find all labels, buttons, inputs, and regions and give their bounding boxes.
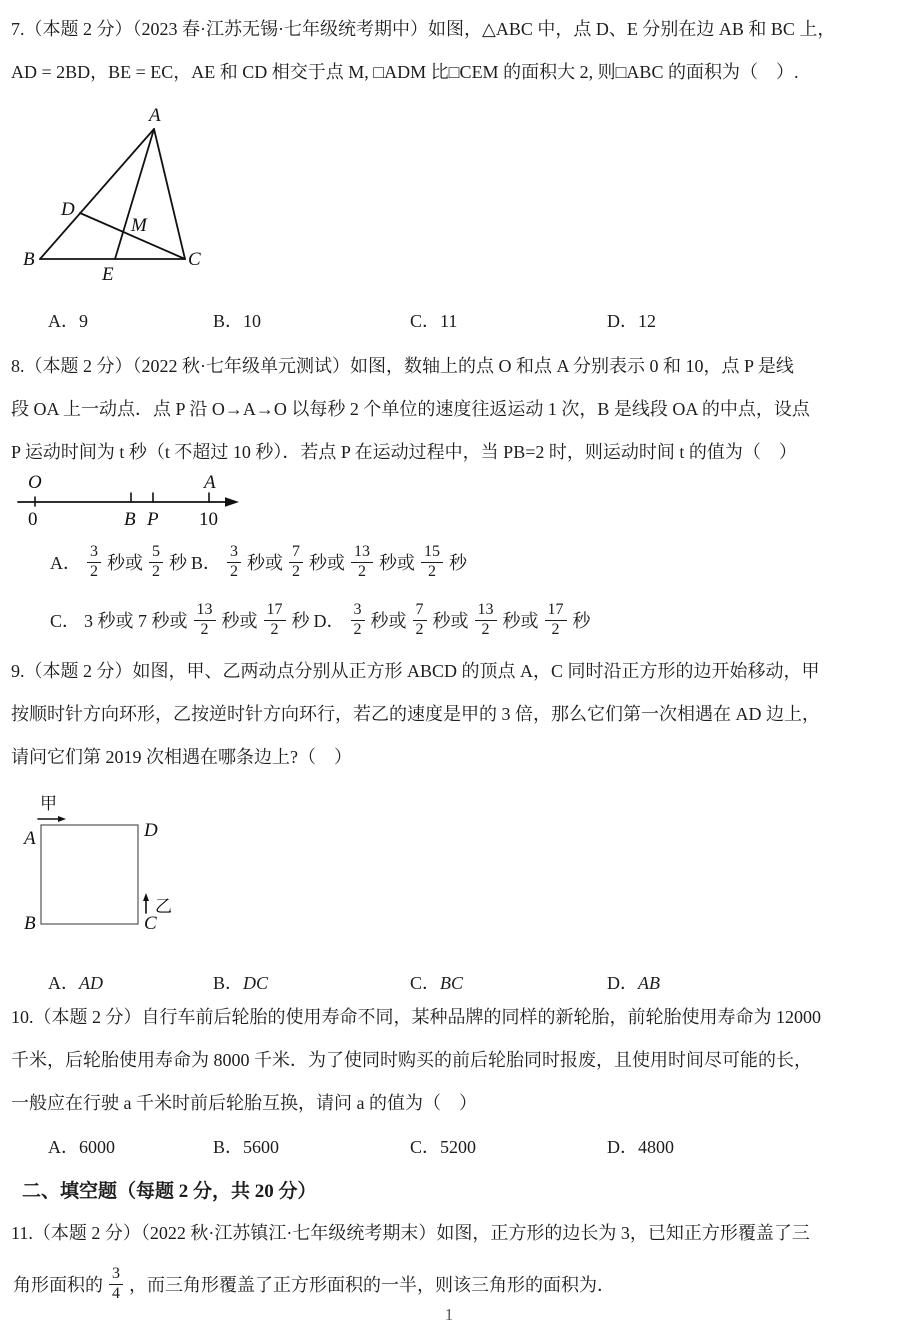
fraction: 72 xyxy=(413,601,427,639)
question-10-line-1: 10.（本题 2 分）自行车前后轮胎的使用寿命不同，某种品牌的同样的新轮胎，前轮… xyxy=(11,996,892,1039)
question-7: 7.（本题 2 分）（2023 春·江苏无锡·七年级统考期中）如图，△ABC 中… xyxy=(11,8,892,94)
q10-option-a: A．6000 xyxy=(48,1126,213,1169)
square-label-jia: 甲 xyxy=(40,794,57,813)
numberline-label-a: A xyxy=(202,472,216,493)
option-letter: D． xyxy=(607,973,638,993)
option-text: 秒或 xyxy=(107,549,143,575)
fraction-numerator: 17 xyxy=(264,601,286,620)
question-8-line-1: 8.（本题 2 分）（2022 秋·七年级单元测试）如图，数轴上的点 O 和点 … xyxy=(11,345,892,388)
option-letter: C． xyxy=(410,311,440,331)
triangle-label-e: E xyxy=(101,264,114,285)
number-line-figure: O A 0 B P 10 xyxy=(8,472,253,532)
option-letter: C． xyxy=(410,973,440,993)
question-8-line-2: 段 OA 上一动点．点 P 沿 O→A→O 以每秒 2 个单位的速度往返运动 1… xyxy=(11,388,892,431)
question-7-line-2: AD = 2BD，BE = EC，AE 和 CD 相交于点 M, □ADM 比□… xyxy=(11,51,892,94)
option-text: 秒或 xyxy=(379,549,415,575)
option-text: 秒 xyxy=(449,549,467,575)
option-value: 10 xyxy=(243,311,261,331)
option-value: 9 xyxy=(79,311,88,331)
option-letter: B． xyxy=(213,311,243,331)
question-7-line-1: 7.（本题 2 分）（2023 春·江苏无锡·七年级统考期中）如图，△ABC 中… xyxy=(11,8,892,51)
option-text: 秒或 xyxy=(433,607,469,633)
numberline-label-ten: 10 xyxy=(199,509,218,530)
option-text: 秒或 xyxy=(222,607,258,633)
numberline-label-p: P xyxy=(146,509,159,530)
fraction-denominator: 2 xyxy=(549,621,563,639)
question-10-options: A．6000 B．5600 C．5200 D．4800 xyxy=(0,1126,898,1169)
square-label-yi: 乙 xyxy=(155,897,172,916)
fraction-denominator: 2 xyxy=(479,621,493,639)
fraction-denominator: 2 xyxy=(289,563,303,581)
fraction: 32 xyxy=(87,543,101,581)
option-text: 秒 xyxy=(169,549,187,575)
fraction: 132 xyxy=(351,543,373,581)
question-9-line-2: 按顺时针方向环形，乙按逆时针方向环行，若乙的速度是甲的 3 倍，那么它们第一次相… xyxy=(11,693,892,736)
option-letter: D． xyxy=(607,311,638,331)
q10-option-c: C．5200 xyxy=(410,1126,607,1169)
q10-option-b: B．5600 xyxy=(213,1126,410,1169)
option-letter: B． xyxy=(213,1137,243,1157)
option-text: 秒或 xyxy=(503,607,539,633)
numberline-label-o: O xyxy=(28,472,42,493)
option-value: 12 xyxy=(638,311,656,331)
triangle-figure: A B C D E M xyxy=(10,100,225,300)
square-label-d: D xyxy=(143,820,158,841)
question-10: 10.（本题 2 分）自行车前后轮胎的使用寿命不同，某种品牌的同样的新轮胎，前轮… xyxy=(11,996,892,1125)
option-letter: D． xyxy=(314,607,345,633)
option-value: AD xyxy=(79,973,103,993)
fraction-numerator: 13 xyxy=(194,601,216,620)
fraction-numerator: 5 xyxy=(149,543,163,562)
option-value: AB xyxy=(638,973,660,993)
fraction-denominator: 2 xyxy=(268,621,282,639)
option-text: 秒或 xyxy=(371,607,407,633)
question-11: 11.（本题 2 分）（2022 秋·江苏镇江·七年级统考期末）如图，正方形的边… xyxy=(11,1212,892,1255)
fraction: 72 xyxy=(289,543,303,581)
question-8-line-3: P 运动时间为 t 秒（t 不超过 10 秒）．若点 P 在运动过程中，当 PB… xyxy=(11,431,892,474)
fraction-numerator: 3 xyxy=(351,601,365,620)
fraction-numerator: 15 xyxy=(421,543,443,562)
fraction-denominator: 2 xyxy=(425,563,439,581)
fraction-numerator: 3 xyxy=(109,1265,123,1284)
q7-option-d: D．12 xyxy=(607,300,898,343)
q7-option-c: C．11 xyxy=(410,300,607,343)
fraction-denominator: 2 xyxy=(227,563,241,581)
question-8-options-cd: C． 3 秒或 7 秒或 132 秒或 172 秒 D． 32 秒或 72 秒或… xyxy=(48,591,593,649)
fraction: 132 xyxy=(194,601,216,639)
triangle-label-d: D xyxy=(60,199,75,220)
q7-option-a: A．9 xyxy=(48,300,213,343)
square-figure: A D B C 甲 乙 xyxy=(18,788,188,953)
fraction: 132 xyxy=(475,601,497,639)
fraction: 34 xyxy=(109,1265,123,1303)
worksheet-page: 7.（本题 2 分）（2023 春·江苏无锡·七年级统考期中）如图，△ABC 中… xyxy=(0,0,898,1333)
option-letter: A． xyxy=(48,1137,79,1157)
fraction-denominator: 2 xyxy=(198,621,212,639)
question-8-options-ab: A． 32 秒或 52 秒 B． 32 秒或 72 秒或 132 秒或 152 … xyxy=(48,533,469,591)
fraction-numerator: 13 xyxy=(351,543,373,562)
option-text: 秒 xyxy=(573,607,591,633)
option-value: 4800 xyxy=(638,1137,674,1157)
option-value: 6000 xyxy=(79,1137,115,1157)
question-11-line-1: 11.（本题 2 分）（2022 秋·江苏镇江·七年级统考期末）如图，正方形的边… xyxy=(11,1212,892,1255)
numberline-label-b: B xyxy=(124,509,136,530)
q7-option-b: B．10 xyxy=(213,300,410,343)
fraction: 52 xyxy=(149,543,163,581)
option-value: 11 xyxy=(440,311,457,331)
triangle-label-m: M xyxy=(130,215,148,236)
option-value: 5200 xyxy=(440,1137,476,1157)
fraction-denominator: 2 xyxy=(351,621,365,639)
fraction: 172 xyxy=(264,601,286,639)
question-10-line-2: 千米，后轮胎使用寿命为 8000 千米．为了使同时购买的前后轮胎同时报废，且使用… xyxy=(11,1039,892,1082)
fraction: 32 xyxy=(227,543,241,581)
option-text: 秒或 xyxy=(309,549,345,575)
question-11-text-pre: 角形面积的 xyxy=(13,1271,103,1297)
fraction-numerator: 17 xyxy=(545,601,567,620)
option-letter: C． xyxy=(50,607,80,633)
triangle-label-a: A xyxy=(147,105,161,126)
cevian-ae xyxy=(115,129,154,259)
option-text: 3 秒或 7 秒或 xyxy=(84,607,188,633)
triangle-side-ab xyxy=(40,129,154,259)
section-2-header: 二、填空题（每题 2 分，共 20 分） xyxy=(22,1170,317,1213)
triangle-side-ac xyxy=(154,129,185,259)
axis-arrowhead xyxy=(225,497,239,507)
option-letter: A． xyxy=(50,549,81,575)
fraction-denominator: 4 xyxy=(109,1285,123,1303)
jia-arrowhead xyxy=(58,816,66,822)
question-11-text-post: ，而三角形覆盖了正方形面积的一半，则该三角形的面积为． xyxy=(129,1271,615,1297)
fraction-numerator: 13 xyxy=(475,601,497,620)
fraction: 172 xyxy=(545,601,567,639)
option-value: BC xyxy=(440,973,463,993)
square-label-b: B xyxy=(24,913,36,934)
option-letter: D． xyxy=(607,1137,638,1157)
fraction-denominator: 2 xyxy=(355,563,369,581)
option-letter: B． xyxy=(213,973,243,993)
fraction-numerator: 3 xyxy=(87,543,101,562)
question-9-line-1: 9.（本题 2 分）如图，甲、乙两动点分别从正方形 ABCD 的顶点 A，C 同… xyxy=(11,650,892,693)
question-9-line-3: 请问它们第 2019 次相遇在哪条边上?（ ） xyxy=(11,736,892,779)
option-value: 5600 xyxy=(243,1137,279,1157)
option-letter: A． xyxy=(48,973,79,993)
q10-option-d: D．4800 xyxy=(607,1126,898,1169)
option-letter: B． xyxy=(191,549,221,575)
fraction-denominator: 2 xyxy=(413,621,427,639)
numberline-label-zero: 0 xyxy=(28,509,38,530)
fraction-numerator: 7 xyxy=(289,543,303,562)
page-number: 1 xyxy=(0,1303,898,1327)
triangle-label-c: C xyxy=(188,249,201,270)
option-text: 秒 xyxy=(292,607,310,633)
square-label-a: A xyxy=(22,828,36,849)
square-outline xyxy=(41,825,138,924)
fraction-denominator: 2 xyxy=(149,563,163,581)
square-label-c: C xyxy=(144,913,157,934)
option-letter: C． xyxy=(410,1137,440,1157)
fraction-numerator: 7 xyxy=(413,601,427,620)
fraction-denominator: 2 xyxy=(87,563,101,581)
option-letter: A． xyxy=(48,311,79,331)
fraction-numerator: 3 xyxy=(227,543,241,562)
question-9: 9.（本题 2 分）如图，甲、乙两动点分别从正方形 ABCD 的顶点 A，C 同… xyxy=(11,650,892,779)
question-8: 8.（本题 2 分）（2022 秋·七年级单元测试）如图，数轴上的点 O 和点 … xyxy=(11,345,892,474)
yi-arrowhead xyxy=(143,893,149,901)
question-10-line-3: 一般应在行驶 a 千米时前后轮胎互换，请问 a 的值为（ ） xyxy=(11,1082,892,1125)
question-7-options: A．9 B．10 C．11 D．12 xyxy=(0,300,898,343)
triangle-label-b: B xyxy=(23,249,35,270)
fraction: 32 xyxy=(351,601,365,639)
option-value: DC xyxy=(243,973,268,993)
option-text: 秒或 xyxy=(247,549,283,575)
fraction: 152 xyxy=(421,543,443,581)
